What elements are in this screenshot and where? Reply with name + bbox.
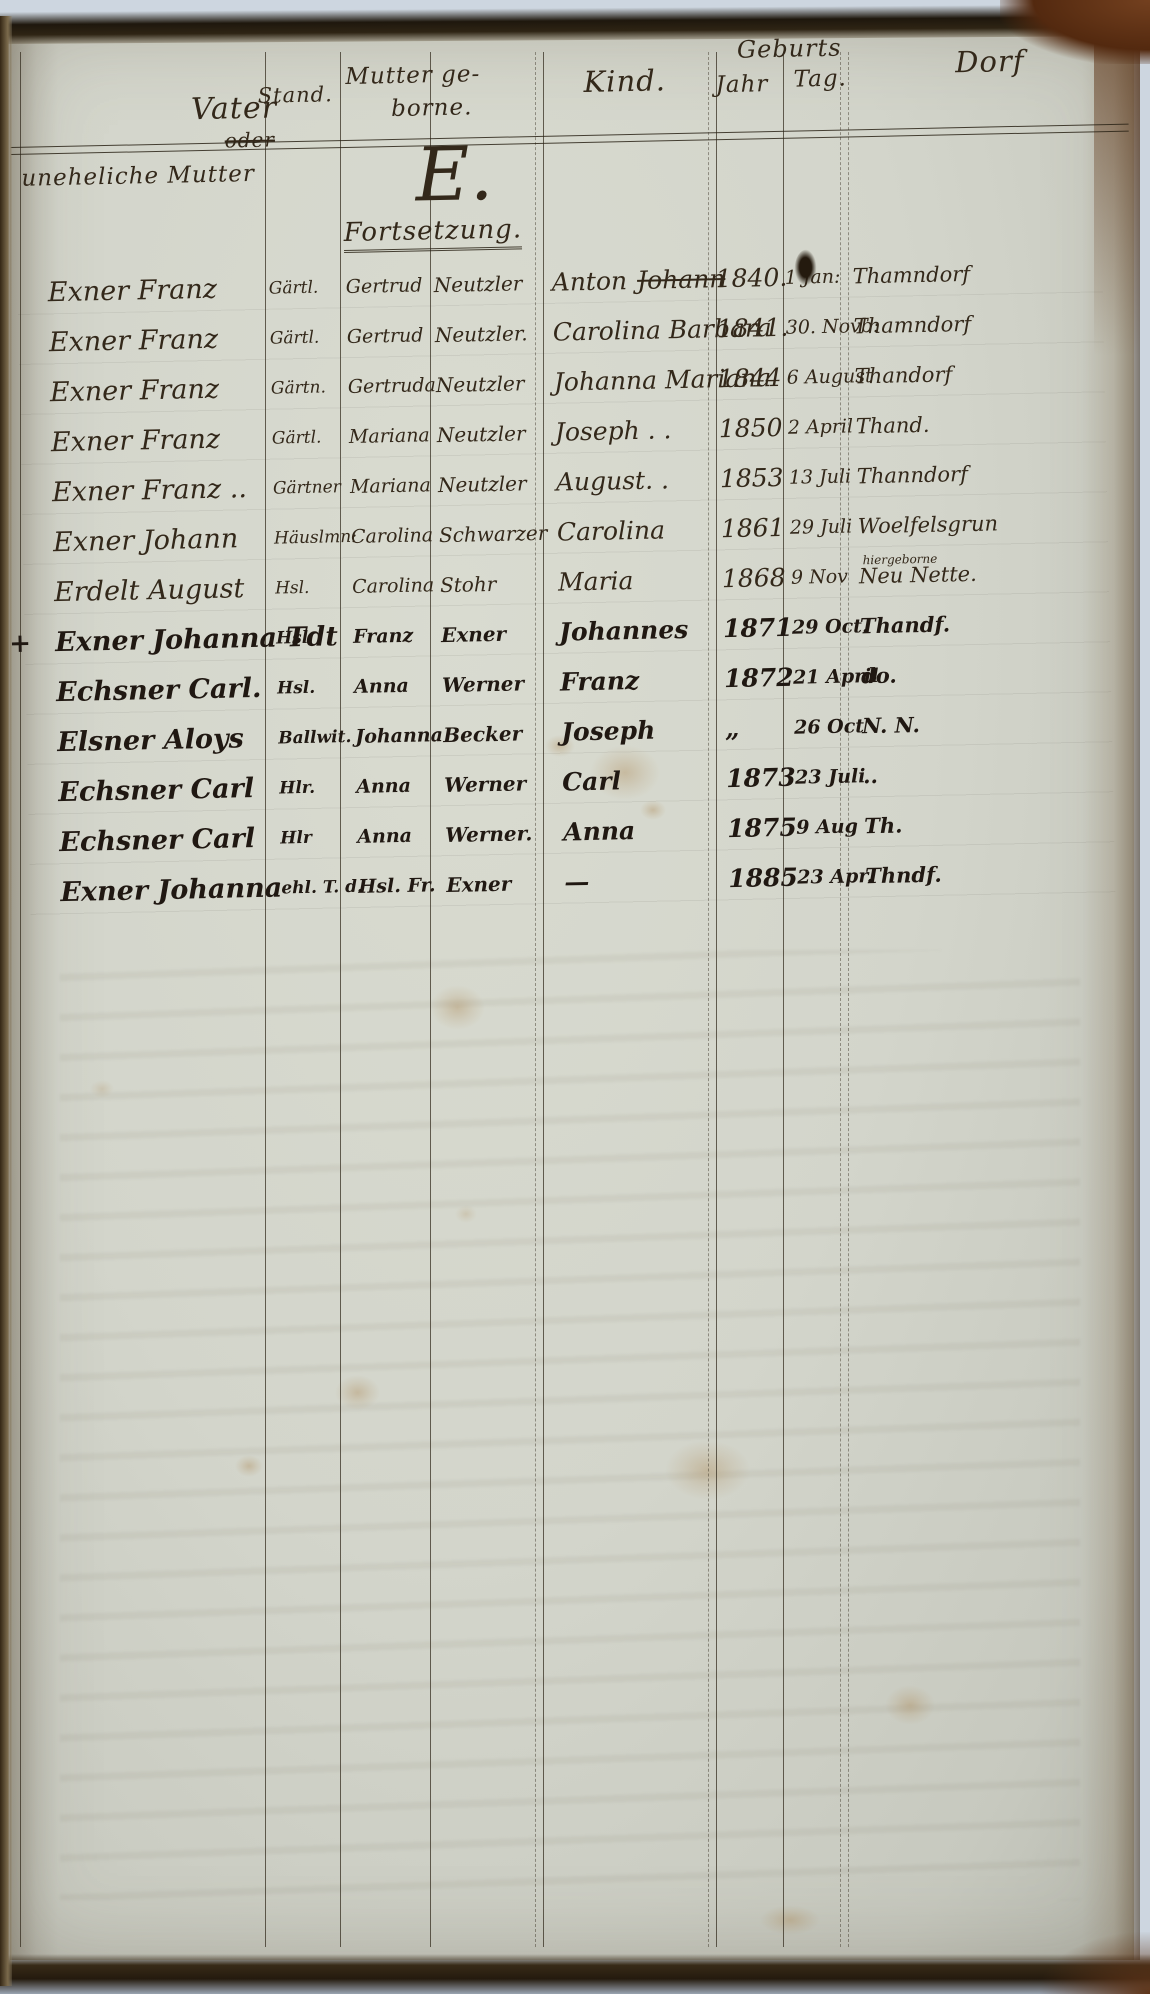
village-text: do. xyxy=(861,663,897,689)
village: Thandf. xyxy=(851,596,1122,652)
father-name: Echsner Carl xyxy=(30,764,276,819)
child-name-text: Carl xyxy=(562,766,621,796)
birth-day: 9 Nov xyxy=(788,552,851,603)
child-name: Franz xyxy=(548,654,717,708)
village: Thandorf xyxy=(846,346,1117,402)
birth-year: 1840. xyxy=(707,253,783,305)
birth-year: 1841. xyxy=(708,303,784,355)
child-name: Carolina xyxy=(544,504,713,558)
village: Thamndorf xyxy=(844,246,1115,302)
child-name: AntonJohann xyxy=(539,254,708,308)
column-header-stand: Stand. xyxy=(258,82,333,108)
column-header-mother-line1: Mutter ge- xyxy=(345,61,480,90)
mother-maiden-name: Werner xyxy=(440,758,551,810)
child-name-text: Carolina xyxy=(557,515,666,546)
child-name-text: Anna xyxy=(563,816,636,847)
father-status: Hlr xyxy=(276,812,352,864)
village: Thamndorf xyxy=(845,296,1116,352)
village-note: hiergeborne xyxy=(863,553,938,567)
village-text: Woelfelsgrun xyxy=(858,511,999,538)
village-text: Thandorf xyxy=(855,362,953,388)
birth-day: 21 April xyxy=(791,651,854,702)
child-name: — xyxy=(552,854,721,908)
mother-given-name: Gertrud xyxy=(340,310,431,362)
father-name: Echsner Carl. xyxy=(28,664,274,719)
father-status: Hsl xyxy=(272,612,348,664)
church-register-scan: Vater oder uneheliche Mutter Stand. Mutt… xyxy=(0,0,1150,1994)
mother-given-name: Gertruda xyxy=(341,360,432,412)
father-status: Häuslmn: xyxy=(270,512,346,564)
father-status: Gärtner xyxy=(268,462,344,514)
father-name: Exner Johanna xyxy=(32,864,278,919)
father-status: Gärtl. xyxy=(265,312,341,364)
village: Thndf. xyxy=(857,846,1128,902)
mother-maiden-name: Stohr xyxy=(436,558,547,610)
mother-given-name: Johanna xyxy=(349,710,440,762)
village-text: Thamndorf xyxy=(852,262,970,288)
child-name-text: Anton xyxy=(551,266,627,297)
birth-day: 26 Oct xyxy=(792,701,855,752)
father-status: ehl. T. d. xyxy=(277,862,353,914)
section-subtitle: Fortsetzung. xyxy=(343,214,522,253)
mother-given-name: Gertrud xyxy=(339,260,430,312)
father-name: Exner Franz .. xyxy=(24,464,270,519)
mother-given-name: Carolina xyxy=(345,510,436,562)
mother-maiden-name: Neutzler xyxy=(431,358,542,410)
village: Thanndorf xyxy=(848,446,1119,502)
child-name-text: Johannes xyxy=(559,615,689,647)
mother-given-name: Anna xyxy=(348,660,439,712)
birth-day: 2 April xyxy=(785,402,848,453)
father-status: Gärtl. xyxy=(264,262,340,314)
father-status: Hlr. xyxy=(275,762,351,814)
child-name: August. . xyxy=(543,454,712,508)
book-edge-left xyxy=(0,16,12,1986)
birth-day: 23 Juli xyxy=(793,751,856,802)
leather-corner-bottom-right xyxy=(1040,1932,1150,1994)
village: .. xyxy=(855,746,1126,802)
father-status: Hsl. xyxy=(273,662,349,714)
register-rows: Exner Franz Gärtl. Gertrud Neutzler Anto… xyxy=(19,246,1132,919)
column-header-child: Kind. xyxy=(583,63,666,99)
birth-year: 1850 xyxy=(710,403,786,455)
mother-maiden-name: Becker xyxy=(439,708,550,760)
child-name: Carolina Barbara xyxy=(540,304,709,358)
father-name: Erdelt August xyxy=(26,564,272,619)
birth-year: 1873 xyxy=(718,753,794,805)
mother-given-name: Mariana xyxy=(342,410,433,462)
column-header-unmarried-mother: uneheliche Mutter xyxy=(21,161,255,192)
mother-maiden-name: Werner xyxy=(438,658,549,710)
leather-corner-top-right xyxy=(1000,0,1150,64)
village: Th. xyxy=(856,796,1127,852)
mother-maiden-name: Neutzler xyxy=(429,258,540,310)
mother-given-name: Mariana xyxy=(343,460,434,512)
birth-day: 29 Oct. xyxy=(790,601,853,652)
village-text: N. N. xyxy=(862,712,920,738)
mother-given-name: Anna xyxy=(351,810,442,862)
birth-day: 23 Apr. xyxy=(795,851,858,902)
child-name-text: — xyxy=(564,867,590,897)
birth-day: 6 August xyxy=(784,352,847,403)
column-header-birth-day: Tag. xyxy=(793,65,847,92)
mother-maiden-name: Exner xyxy=(442,858,553,910)
mother-given-name: Carolina xyxy=(346,560,437,612)
father-status: Hsl. xyxy=(271,562,347,614)
father-name: Exner Franz xyxy=(19,264,265,319)
village-text: Thanndorf xyxy=(857,462,968,488)
column-header-birth-year: Jahr xyxy=(715,71,768,98)
mother-maiden-name: Neutzler xyxy=(433,458,544,510)
child-name: Joseph xyxy=(549,704,718,758)
father-status: Gärtl. xyxy=(267,412,343,464)
mother-maiden-name: Schwarzer xyxy=(434,508,545,560)
father-status: Gärtn. xyxy=(266,362,342,414)
handwriting-layer: Vater oder uneheliche Mutter Stand. Mutt… xyxy=(0,0,1150,1994)
header-rule xyxy=(11,124,1129,148)
birth-year: 1868 xyxy=(713,553,789,605)
father-name: Echsner Carl xyxy=(31,814,277,869)
child-name: Maria xyxy=(546,554,715,608)
column-header-mother-line2: borne. xyxy=(391,94,473,122)
birth-year: 1871 xyxy=(715,603,791,655)
birth-year: 1875 xyxy=(719,803,795,855)
child-name: Joseph . . xyxy=(542,404,711,458)
mother-given-name: Anna xyxy=(350,760,441,812)
village-text: Th. xyxy=(864,812,903,838)
child-name-text: Joseph xyxy=(561,716,656,747)
village: N. N. xyxy=(854,696,1125,752)
father-name: Exner Johann xyxy=(25,514,271,569)
father-name: Exner Franz xyxy=(21,364,267,419)
child-name: Carl xyxy=(550,754,719,808)
birth-year: 1861 xyxy=(712,503,788,555)
village: do. xyxy=(853,646,1124,702)
village-text: .. xyxy=(863,763,878,788)
mother-maiden-name: Werner. xyxy=(441,808,552,860)
section-letter: E. xyxy=(415,139,494,211)
birth-day: 30. Novb: xyxy=(783,302,846,353)
birth-year: 1844 xyxy=(709,353,785,405)
birth-year: „ xyxy=(717,703,793,755)
village-text: Thamndorf xyxy=(853,312,971,338)
mother-maiden-name: Neutzler. xyxy=(430,308,541,360)
birth-year: 1853 xyxy=(711,453,787,505)
birth-year: 1885 xyxy=(720,853,796,905)
mother-given-name: Franz xyxy=(347,610,438,662)
child-name-text: August. . xyxy=(556,465,670,496)
book-edge-bottom xyxy=(0,1954,1150,1994)
village: Thand. xyxy=(847,396,1118,452)
child-name-text: Joseph . . xyxy=(555,415,672,446)
father-name: Elsner Aloys xyxy=(29,714,275,769)
child-name: Anna xyxy=(551,804,720,858)
birth-day: 29 Juli xyxy=(787,502,850,553)
birth-year: 1872 xyxy=(716,653,792,705)
mother-maiden-name: Neutzler xyxy=(432,408,543,460)
mother-maiden-name: Exner xyxy=(437,608,548,660)
father-status: Ballwit. xyxy=(274,712,350,764)
mother-given-name: Hsl. Fr. xyxy=(352,860,443,912)
village-text: Thandf. xyxy=(860,611,951,638)
child-name-text: Franz xyxy=(560,666,640,697)
village: Woelfelsgrun xyxy=(849,496,1120,552)
village: hiergeborneNeu Nette. xyxy=(850,546,1121,602)
village-text: Thand. xyxy=(856,413,930,439)
father-name: Exner Franz xyxy=(20,314,266,369)
father-name: Exner Johanna Tdt xyxy=(27,614,273,669)
child-name: Johannes xyxy=(547,604,716,658)
village-text: Thndf. xyxy=(865,862,942,889)
birth-day: 9 Aug xyxy=(794,801,857,852)
birth-day: 13 Juli xyxy=(786,452,849,503)
child-name: Johanna Mariana xyxy=(541,354,710,408)
father-name: Exner Franz xyxy=(22,414,268,469)
child-name-text: Maria xyxy=(558,566,634,597)
